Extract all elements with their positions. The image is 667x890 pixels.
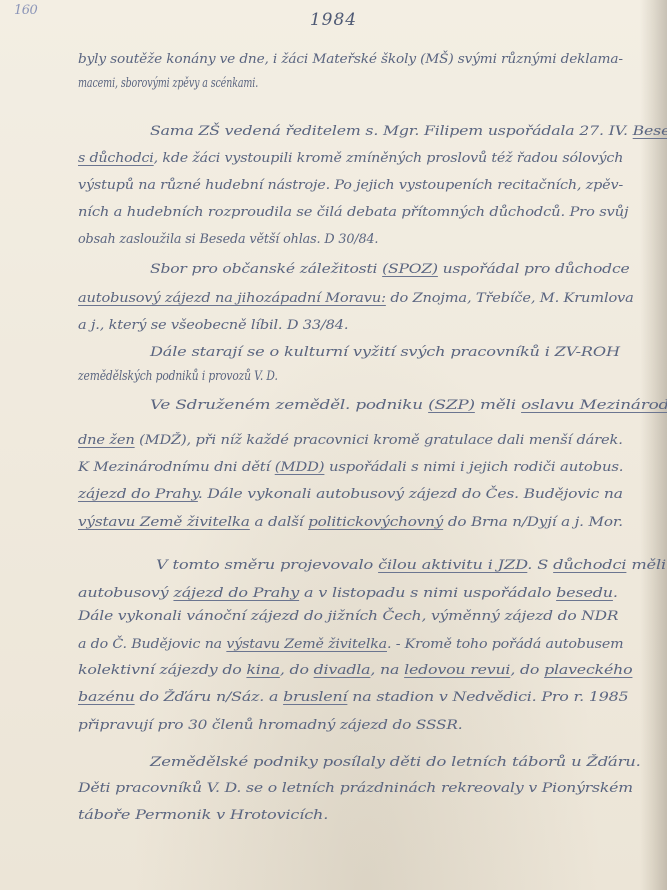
text-segment: Ve Sdruženém zeměděl. podniku xyxy=(150,398,428,413)
underlined-phrase: (MDD) xyxy=(275,460,325,475)
text-segment: , do xyxy=(280,663,314,678)
text-line: dne žen (MDŽ), při níž každé pracovnici … xyxy=(78,433,623,448)
text-segment: a další xyxy=(250,515,308,530)
underlined-phrase: dne žen xyxy=(78,433,135,448)
text-segment: byly soutěže konány ve dne, i žáci Mateř… xyxy=(78,52,623,67)
underlined-phrase: výstavu Země živitelka xyxy=(78,515,250,530)
text-segment: táboře Permonik v Hrotovicích. xyxy=(78,808,328,823)
year-heading: 1984 xyxy=(0,10,667,30)
text-segment: uspořádali s nimi i jejich rodiči autobu… xyxy=(324,460,623,475)
text-line: byly soutěže konány ve dne, i žáci Mateř… xyxy=(78,52,623,67)
text-segment: připravují pro 30 členů hromadný zájezd … xyxy=(78,718,462,733)
text-line: Děti pracovníků V. D. se o letních prázd… xyxy=(78,781,633,796)
underlined-phrase: ledovou revui xyxy=(404,663,510,678)
text-segment: na stadion v Nedvědici. Pro r. 1985 xyxy=(347,690,628,705)
text-segment: Dále starají se o kulturní vyžití svých … xyxy=(150,345,620,360)
text-line: K Mezinárodnímu dni dětí (MDD) uspořádal… xyxy=(78,460,623,475)
text-line: autobusový zájezd do Prahy a v listopadu… xyxy=(78,586,618,601)
text-line: Sama ZŠ vedená ředitelem s. Mgr. Filipem… xyxy=(150,124,667,139)
text-segment: . - Kromě toho pořádá autobusem xyxy=(387,637,623,652)
text-segment: Sbor pro občanské záležitosti xyxy=(150,262,382,277)
text-segment: , do xyxy=(510,663,544,678)
text-line: Dále vykonali vánoční zájezd do jižních … xyxy=(78,609,618,624)
underlined-phrase: (SZP) xyxy=(428,398,475,413)
underlined-phrase: zájezd do Prahy xyxy=(173,586,299,601)
text-segment: výstupů na různé hudební nástroje. Po je… xyxy=(78,178,623,193)
text-segment: kolektivní zájezdy do xyxy=(78,663,246,678)
text-segment: a do Č. Budějovic na xyxy=(78,637,226,652)
text-segment: . Dále vykonali autobusový zájezd do Čes… xyxy=(198,487,623,502)
text-line: Dále starají se o kulturní vyžití svých … xyxy=(150,345,620,360)
text-segment: . xyxy=(613,586,618,601)
text-segment: Děti pracovníků V. D. se o letních prázd… xyxy=(78,781,633,796)
text-segment: , na xyxy=(370,663,404,678)
text-segment: zemědělských podniků i provozů V. D. xyxy=(78,369,278,384)
underlined-phrase: autobusový zájezd na jihozápadní Moravu: xyxy=(78,291,386,306)
text-segment: uspořádal pro důchodce xyxy=(438,262,630,277)
text-line: Ve Sdruženém zeměděl. podniku (SZP) měli… xyxy=(150,398,667,413)
text-segment: . S xyxy=(527,558,553,573)
text-line: macemi, sborovými zpěvy a scénkami. xyxy=(78,76,258,91)
underlined-phrase: bruslení xyxy=(283,690,347,705)
text-segment: obsah zasloužila si Beseda větší ohlas. … xyxy=(78,232,378,247)
text-segment: měli xyxy=(626,558,666,573)
text-segment: (MDŽ), při níž každé pracovnici kromě gr… xyxy=(135,433,623,448)
underlined-phrase: plaveckého xyxy=(544,663,632,678)
text-segment: autobusový xyxy=(78,586,173,601)
text-line: zemědělských podniků i provozů V. D. xyxy=(78,369,278,384)
text-segment: Sama ZŠ vedená ředitelem s. Mgr. Filipem… xyxy=(150,124,633,139)
underlined-phrase: kina xyxy=(246,663,279,678)
text-segment: a v listopadu s nimi uspořádalo xyxy=(299,586,556,601)
text-segment: Dále vykonali vánoční zájezd do jižních … xyxy=(78,609,618,624)
text-segment: a j., který se všeobecně líbil. D 33/84. xyxy=(78,318,348,333)
text-line: a j., který se všeobecně líbil. D 33/84. xyxy=(78,318,348,333)
underlined-phrase: Besedu xyxy=(633,124,667,139)
text-line: V tomto směru projevovalo čilou aktivitu… xyxy=(156,558,666,573)
underlined-phrase: důchodci xyxy=(553,558,626,573)
text-line: Zemědělské podniky posílaly děti do letn… xyxy=(150,755,641,770)
text-segment: macemi, sborovými zpěvy a scénkami. xyxy=(78,76,258,91)
text-segment: , kde žáci vystoupili kromě zmíněných pr… xyxy=(154,151,624,166)
text-segment: V tomto směru projevovalo xyxy=(156,558,378,573)
text-segment: měli xyxy=(475,398,521,413)
text-line: Sbor pro občanské záležitosti (SPOZ) usp… xyxy=(150,262,630,277)
text-line: ních a hudebních rozproudila se čilá deb… xyxy=(78,205,628,220)
text-segment: ních a hudebních rozproudila se čilá deb… xyxy=(78,205,628,220)
text-line: obsah zasloužila si Beseda větší ohlas. … xyxy=(78,232,378,247)
text-segment: Zemědělské podniky posílaly děti do letn… xyxy=(150,755,641,770)
underlined-phrase: výstavu Země živitelka xyxy=(226,637,387,652)
underlined-phrase: (SPOZ) xyxy=(382,262,438,277)
text-line: výstavu Země živitelka a další politicko… xyxy=(78,515,623,530)
underlined-phrase: zájezd do Prahy xyxy=(78,487,198,502)
text-segment: K Mezinárodnímu dni dětí xyxy=(78,460,275,475)
text-line: kolektivní zájezdy do kina, do divadla, … xyxy=(78,663,632,678)
text-line: autobusový zájezd na jihozápadní Moravu:… xyxy=(78,291,634,306)
text-line: a do Č. Budějovic na výstavu Země živite… xyxy=(78,637,623,652)
text-line: s důchodci, kde žáci vystoupili kromě zm… xyxy=(78,151,623,166)
text-line: bazénu do Žďáru n/Sáz. a bruslení na sta… xyxy=(78,690,628,705)
text-line: připravují pro 30 členů hromadný zájezd … xyxy=(78,718,462,733)
underlined-phrase: čilou aktivitu i JZD xyxy=(378,558,527,573)
text-segment: do Brna n/Dyjí a j. Mor. xyxy=(443,515,623,530)
document-page: 160 1984 byly soutěže konány ve dne, i ž… xyxy=(0,0,667,890)
text-line: výstupů na různé hudební nástroje. Po je… xyxy=(78,178,623,193)
underlined-phrase: oslavu Mezinárodního xyxy=(521,398,667,413)
text-line: táboře Permonik v Hrotovicích. xyxy=(78,808,328,823)
text-segment: do Žďáru n/Sáz. a xyxy=(135,690,283,705)
text-line: zájezd do Prahy. Dále vykonali autobusov… xyxy=(78,487,623,502)
underlined-phrase: s důchodci xyxy=(78,151,154,166)
underlined-phrase: politickovýchovný xyxy=(308,515,443,530)
text-segment: do Znojma, Třebíče, M. Krumlova xyxy=(386,291,634,306)
underlined-phrase: besedu xyxy=(556,586,613,601)
underlined-phrase: divadla xyxy=(314,663,371,678)
underlined-phrase: bazénu xyxy=(78,690,135,705)
